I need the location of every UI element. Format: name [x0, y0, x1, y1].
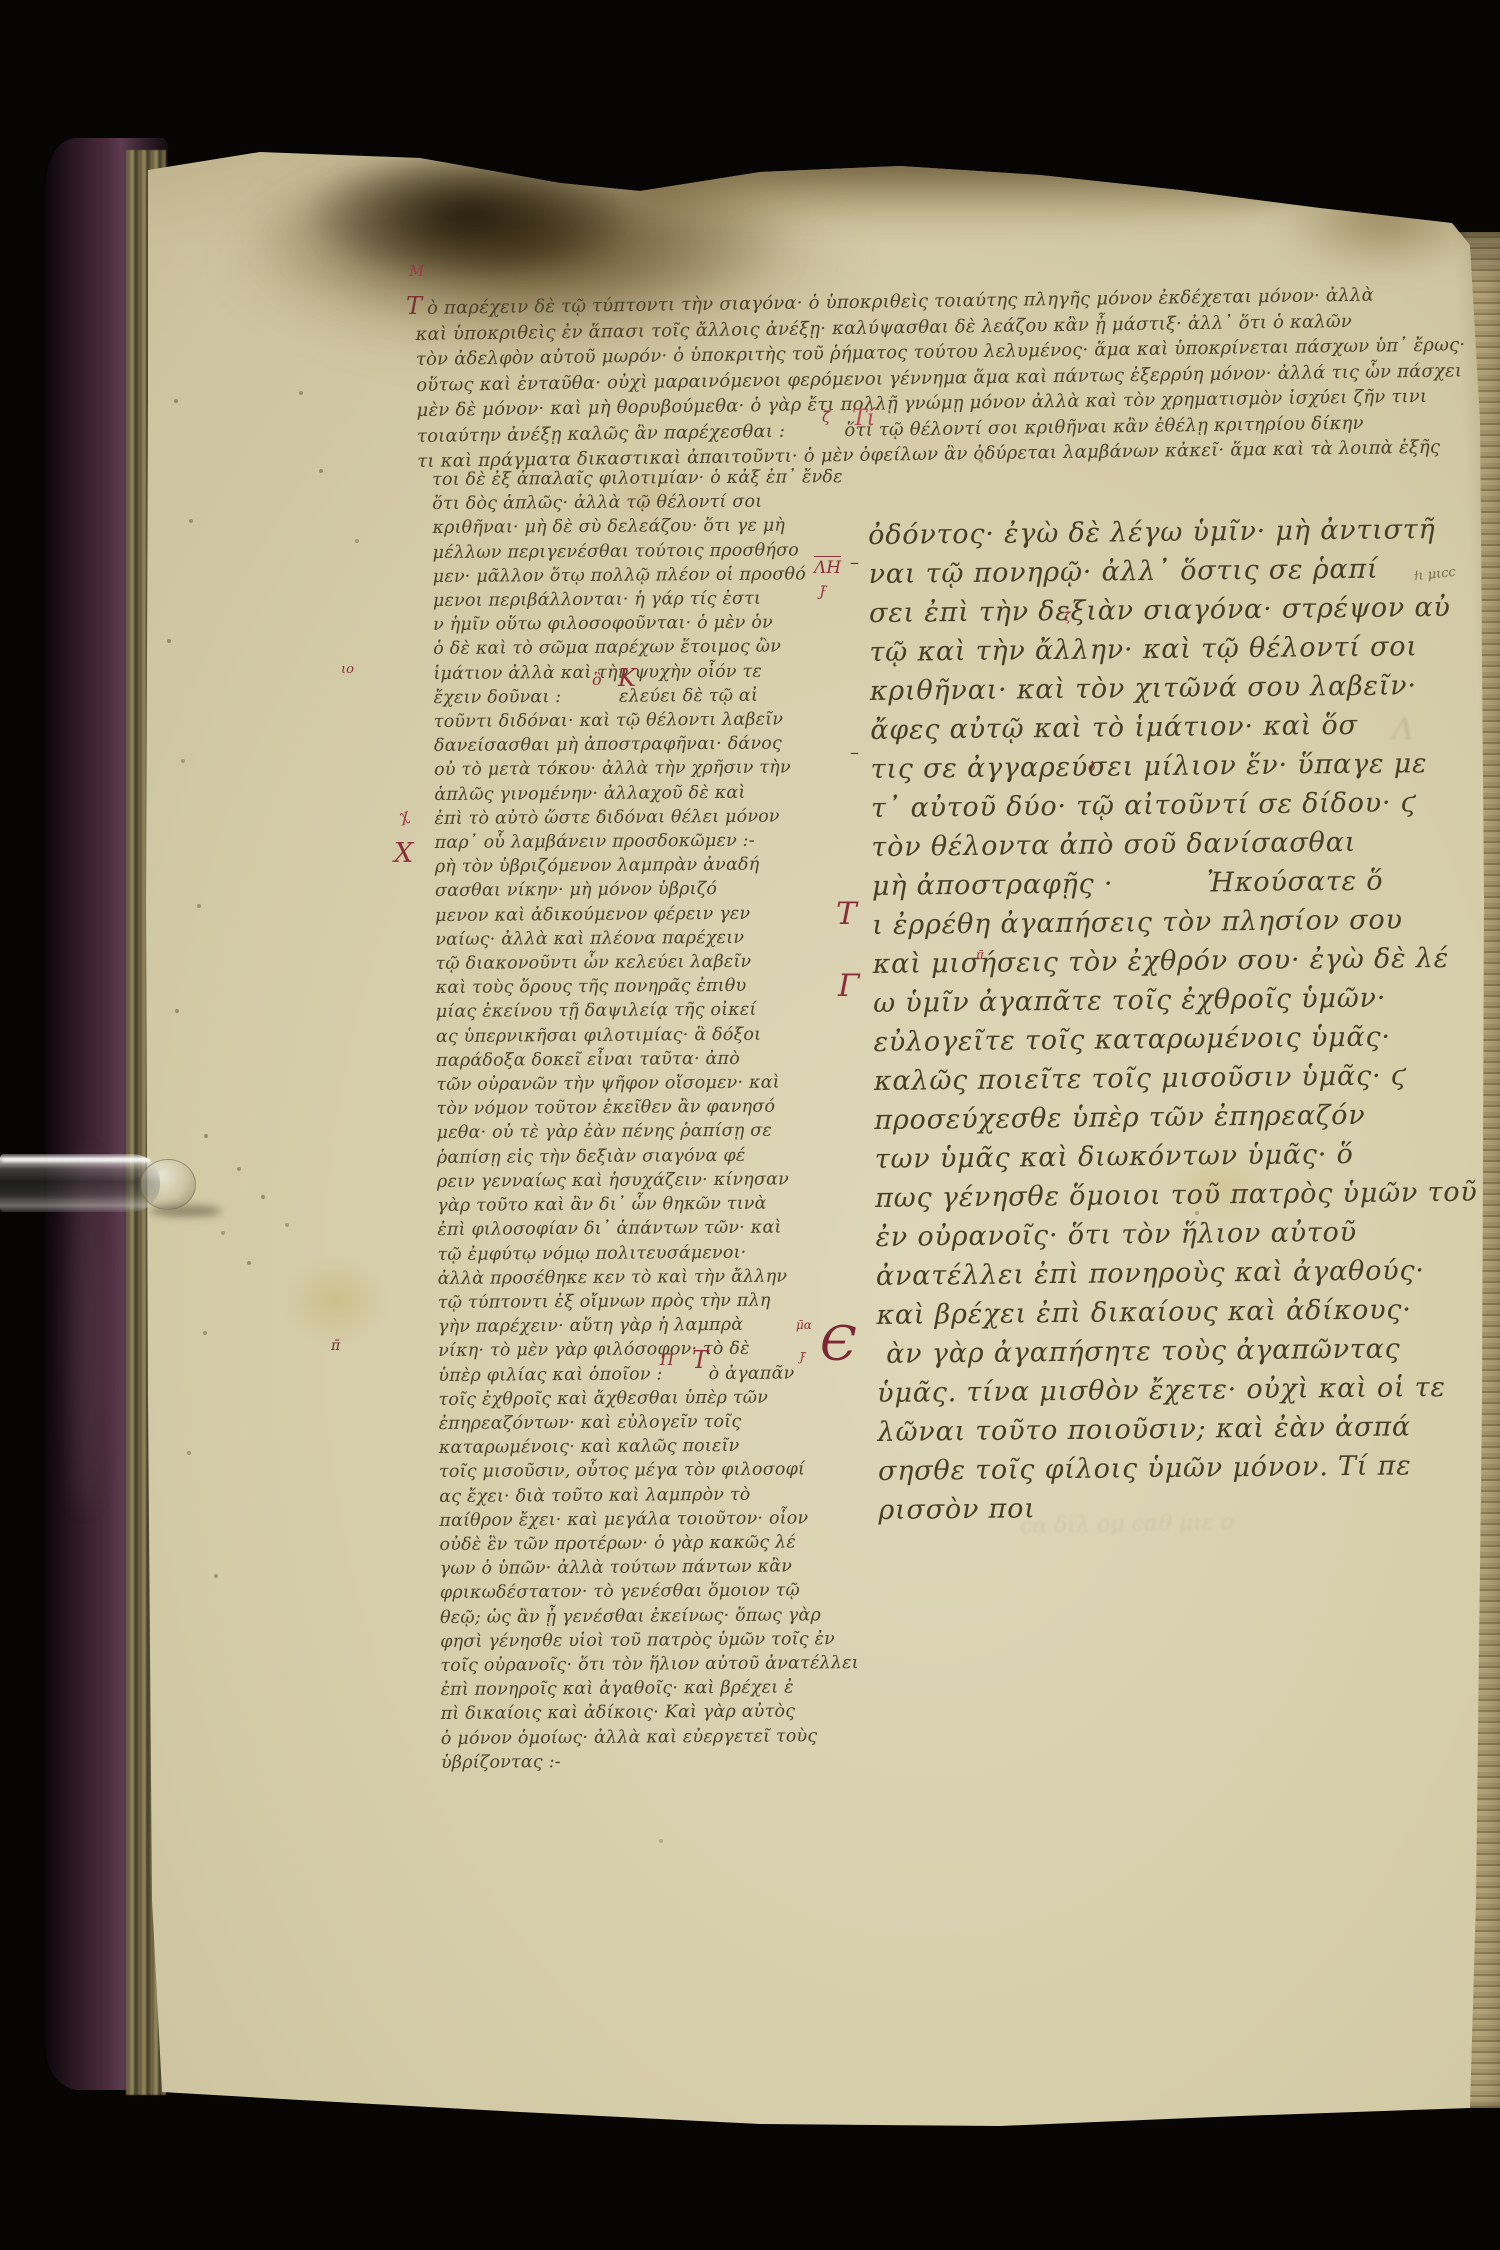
kefalaion-number-38: ΛΗ	[814, 556, 841, 578]
manuscript-line: παρ᾽ οὗ λαμβάνειν προσδοκῶμεν :-	[435, 828, 855, 855]
parchment-stain	[288, 1258, 383, 1343]
manuscript-line: οὐδὲ ἓν τῶν προτέρων· ὁ γὰρ κακῶς λέ	[439, 1530, 859, 1557]
manuscript-line: ὁ μόνον ὁμοίως· ἀλλὰ καὶ εὐεργετεῖ τοὺς	[441, 1724, 861, 1751]
section-number-zeta: ζ̄	[822, 408, 830, 426]
manuscript-line: τὸν θέλοντα ἀπὸ σοῦ δανίσασθαι	[871, 822, 1471, 867]
manuscript-line: ἁπλῶς γινομένην· ἀλλαχοῦ δὲ καὶ	[434, 780, 854, 807]
manuscript-line: πὶ δικαίοις καὶ ἀδίκοις· Καὶ γὰρ αὐτὸς	[441, 1699, 861, 1726]
manuscript-line: εὐλογεῖτε τοῖς καταρωμένοις ὑμᾶς·	[873, 1017, 1473, 1062]
rubric-initial-chi: Χ	[394, 838, 413, 869]
manuscript-line: ὅτι δὸς ἁπλῶς· ἀλλὰ τῷ θέλοντί σοι	[432, 489, 852, 516]
ink-speckles	[0, 0, 2, 2]
manuscript-photograph: ὸ παρέχειν δὲ τῷ τύπτοντι τὴν σιαγόνα· ὁ…	[0, 0, 1500, 2250]
manuscript-line: φρικωδέστατον· τὸ γενέσθαι ὅμοιον τῷ	[440, 1578, 860, 1605]
manuscript-line: ἄφες αὐτῷ καὶ τὸ ἱμάτιον· καὶ ὅσ	[870, 705, 1470, 750]
burn-stain-top-band	[630, 148, 1310, 228]
small-section-pi: π̄	[976, 948, 984, 962]
manuscript-line: καὶ μισήσεις τὸν ἐχθρόν σου· ἐγὼ δὲ λέ	[872, 939, 1472, 984]
section-number-pi: Π̄	[660, 1350, 674, 1369]
margin-squiggle-mark: χ	[396, 805, 412, 826]
quire-mark-rubric: Μ̄	[409, 262, 424, 280]
manuscript-line: μεθα· οὐ τὲ γὰρ ἐὰν πένης ῥαπίσῃ σε	[437, 1119, 857, 1146]
manuscript-page: ὸ παρέχειν δὲ τῷ τύπτοντι τὴν σιαγόνα· ὁ…	[0, 0, 1500, 2250]
manuscript-line: τ᾽ αὐτοῦ δύο· τῷ αἰτοῦντί σε δίδου· ϛ	[871, 783, 1471, 828]
rubric-initial-kappa: Κ	[618, 664, 636, 692]
manuscript-line: ω ὑμῖν ἀγαπᾶτε τοῖς ἐχθροῖς ὑμῶν·	[873, 978, 1473, 1023]
rubric-initial-tau-right: Τ	[836, 896, 857, 932]
manuscript-line: τοι δὲ ἐξ ἁπαλαῖς φιλοτιμίαν· ὁ κἀξ ἐπ᾽ …	[432, 465, 852, 492]
gospel-text-column: ὀδόντος· ἐγὼ δὲ λέγω ὑμῖν· μὴ ἀντιστῆναι…	[868, 510, 1479, 1530]
manuscript-line: ναίως· ἀλλὰ καὶ πλέονα παρέχειν	[435, 925, 855, 952]
manuscript-line: λῶναι τοῦτο ποιοῦσιν; καὶ ἐὰν ἀσπά	[877, 1407, 1477, 1452]
margin-mark-io: ιο	[341, 662, 354, 677]
manuscript-line: ἐπὶ πονηροῖς καὶ ἀγαθοῖς· καὶ βρέχει ἐ	[440, 1675, 860, 1702]
manuscript-line: ἀνατέλλει ἐπὶ πονηροὺς καὶ ἀγαθούς·	[876, 1251, 1476, 1296]
manuscript-line: νίκη· τὸ μὲν γὰρ φιλόσοφον· τὸ δὲ	[438, 1336, 858, 1363]
manuscript-line: καὶ βρέχει ἐπὶ δικαίους καὶ ἀδίκους·	[876, 1290, 1476, 1335]
manuscript-line: γὰρ τοῦτο καὶ ἂν δι᾽ ὧν θηκῶν τινὰ	[437, 1191, 857, 1218]
glass-rod-tip	[140, 1159, 196, 1210]
manuscript-line: ρὴ τὸν ὑβριζόμενον λαμπρὰν ἀναδή	[435, 852, 855, 879]
manuscript-line: δανείσασθαι μὴ ἀποστραφῆναι· δάνος	[434, 731, 854, 758]
small-section-omicron: ὁ̄	[1088, 760, 1095, 774]
small-section-zeta: ζ̄	[1064, 610, 1071, 624]
manuscript-line: παίθρον ἔχει· καὶ μεγάλα τοιοῦτον· οἷον	[439, 1506, 859, 1533]
manuscript-line: ν ἡμῖν οὕτω φιλοσοφοῦνται· ὁ μὲν ὁν	[433, 610, 853, 637]
manuscript-line: ας ἔχει· διὰ τοῦτο καὶ λαμπρὸν τὸ	[439, 1482, 859, 1509]
manuscript-line: ῥαπίσῃ εἰς τὴν δεξιὰν σιαγόνα φέ	[437, 1143, 857, 1170]
section-number-omicron: ὃ	[592, 670, 602, 689]
manuscript-line: ἐν οὐρανοῖς· ὅτι τὸν ἥλιον αὐτοῦ	[875, 1212, 1475, 1257]
manuscript-line: μέλλων περιγενέσθαι τούτοις προσθήσο	[433, 538, 853, 565]
manuscript-line: ι ἐρρέθη ἀγαπήσεις τὸν πλησίον σου	[872, 900, 1472, 945]
glass-page-weight-rod	[0, 1154, 160, 1212]
manuscript-line: προσεύχεσθε ὑπὲρ τῶν ἐπηρεαζόν	[874, 1095, 1474, 1140]
manuscript-line: τὸν νόμον τοῦτον ἐκεῖθεν ἂν φανησό	[436, 1094, 856, 1121]
manuscript-line: τοῖς μισοῦσιν, οὗτος μέγα τὸν φιλοσοφί	[439, 1457, 859, 1484]
manuscript-line: τοῖς ἐχθροῖς καὶ ἄχθεσθαι ὑπὲρ τῶν	[438, 1385, 858, 1412]
manuscript-line: ἐπὶ φιλοσοφίαν δι᾽ ἁπάντων τῶν· καὶ	[437, 1215, 857, 1242]
eusebian-canon-mark: ϝ̄	[800, 1350, 806, 1364]
manuscript-line: ἱμάτιον ἀλλὰ καὶ τὴν ψυχὴν οἷόν τε	[433, 659, 853, 686]
manuscript-line: κριθῆναι· καὶ τὸν χιτῶνά σου λαβεῖν·	[870, 666, 1470, 711]
manuscript-line: ἀλλὰ προσέθηκε κεν τὸ καὶ τὴν ἄλλην	[438, 1264, 858, 1291]
manuscript-line: των ὑμᾶς καὶ διωκόντων ὑμᾶς· ὅ	[875, 1134, 1475, 1179]
manuscript-line: καταρωμένοις· καὶ καλῶς ποιεῖν	[439, 1433, 859, 1460]
rubric-initial-tau-mid: Τ	[692, 1346, 708, 1374]
manuscript-line: μίας ἐκείνου τῇ δαψιλείᾳ τῆς οἰκεί	[436, 998, 856, 1025]
eusebian-canon-mark: ϝ̄	[820, 584, 826, 600]
top-text-block: ὸ παρέχειν δὲ τῷ τύπτοντι τὴν σιαγόνα· ὁ…	[415, 282, 1447, 475]
manuscript-line: τῷ τύπτοντι ἐξ οἴμνων πρὸς τὴν πλη	[438, 1288, 858, 1315]
manuscript-line: θεῷ; ὡς ἂν ᾖ γενέσθαι ἐκείνως· ὅπως γὰρ	[440, 1603, 860, 1630]
manuscript-line: μενοι περιβάλλονται· ἡ γάρ τίς ἐστι	[433, 586, 853, 613]
paragraph-dash: –	[850, 552, 859, 573]
manuscript-line: ὑπὲρ φιλίας καὶ ὁποῖον : ὸ ἀγαπᾶν	[438, 1361, 858, 1388]
manuscript-line: κριθῆναι· μὴ δὲ σὺ δελεάζου· ὅτι γε μὴ	[432, 513, 852, 540]
manuscript-line: τοῦντι διδόναι· καὶ τῷ θέλοντι λαβεῖν	[434, 707, 854, 734]
showthrough-letter: Λ	[1392, 712, 1414, 747]
commentary-column: τοι δὲ ἐξ ἁπαλαῖς φιλοτιμίαν· ὁ κἀξ ἐπ᾽ …	[432, 465, 861, 1775]
glass-rod-highlight	[2, 1158, 150, 1162]
manuscript-line: φησὶ γένησθε υἱοὶ τοῦ πατρὸς ὑμῶν τοῖς ἐ…	[440, 1627, 860, 1654]
manuscript-line: οὐ τὸ μετὰ τόκου· ἀλλὰ τὴν χρῆσιν τὴν	[434, 755, 854, 782]
manuscript-line: τις σε ἀγγαρεύσει μίλιον ἕν· ὕπαγε με	[870, 744, 1470, 789]
rubric-initial-gamma: Γ	[838, 968, 860, 1004]
manuscript-line: ὁ δὲ καὶ τὸ σῶμα παρέχων ἕτοιμος ὢν	[433, 634, 853, 661]
manuscript-line: καλῶς ποιεῖτε τοῖς μισοῦσιν ὑμᾶς· ϛ	[874, 1056, 1474, 1101]
manuscript-line: ἐπὶ τὸ αὐτὸ ὥστε διδόναι θέλει μόνον	[434, 804, 854, 831]
paragraph-dash: –	[850, 742, 859, 763]
manuscript-line: τοῖς οὐρανοῖς· ὅτι τὸν ἥλιον αὐτοῦ ἀνατέ…	[440, 1651, 860, 1678]
manuscript-line: σησθε τοῖς φίλοις ὑμῶν μόνον. Τί πε	[878, 1446, 1478, 1491]
manuscript-line: σει ἐπὶ τὴν δεξιὰν σιαγόνα· στρέψον αὐ	[869, 588, 1469, 633]
margin-mark-pi: π̄	[331, 1338, 340, 1354]
manuscript-line: μενον καὶ ἀδικούμενον φέρειν γεν	[435, 901, 855, 928]
manuscript-line: μὴ ἀποστραφῇς · Ἠκούσατε ὅ	[872, 861, 1472, 906]
manuscript-line: τῷ καὶ τὴν ἄλλην· καὶ τῷ θέλοντί σοι	[869, 627, 1469, 672]
manuscript-line: ἐπηρεαζόντων· καὶ εὐλογεῖν τοῖς	[439, 1409, 859, 1436]
manuscript-line: τῶν οὐρανῶν τὴν ψῆφον οἴσομεν· καὶ	[436, 1070, 856, 1097]
manuscript-line: ὰν γὰρ ἀγαπήσητε τοὺς ἀγαπῶντας	[877, 1329, 1477, 1374]
manuscript-line: τῷ ἐμφύτῳ νόμῳ πολιτευσάμενοι·	[437, 1240, 857, 1267]
manuscript-line: καὶ τοὺς ὅρους τῆς πονηρᾶς ἐπιθυ	[436, 973, 856, 1000]
rubric-initial-ti: Τί	[852, 406, 875, 431]
manuscript-line: ὑβρίζοντας :-	[441, 1748, 861, 1775]
burn-stain-corner	[1280, 160, 1490, 275]
manuscript-line: πως γένησθε ὅμοιοι τοῦ πατρὸς ὑμῶν τοῦ	[875, 1173, 1475, 1218]
burn-stain-core	[305, 148, 635, 283]
manuscript-line: μεν· μᾶλλον ὅτῳ πολλῷ πλέον οἱ προσθό	[433, 562, 853, 589]
showthrough-text-line: ϲα διλ ομ ϲαθ μιε ο	[1020, 1510, 1234, 1539]
manuscript-line: ὑμᾶς. τίνα μισθὸν ἔχετε· οὐχὶ καὶ οἱ τε	[877, 1368, 1477, 1413]
manuscript-line: ρειν γενναίως καὶ ἡσυχάζειν· κίνησαν	[437, 1167, 857, 1194]
manuscript-line: ναι τῷ πονηρῷ· ἀλλ᾽ ὅστις σε ῥαπί	[868, 549, 1468, 594]
ammonian-section-ma: μ̄α	[796, 1318, 812, 1332]
manuscript-line: ὀδόντος· ἐγὼ δὲ λέγω ὑμῖν· μὴ ἀντιστῆ	[868, 510, 1468, 555]
manuscript-line: τῷ διακονοῦντι ὧν κελεύει λαβεῖν	[435, 949, 855, 976]
manuscript-line: ας ὑπερνικῆσαι φιλοτιμίας· ἃ δόξοι	[436, 1022, 856, 1049]
manuscript-line: ἔχειν δοῦναι : ελεύει δὲ τῷ αἰ	[434, 683, 854, 710]
rubric-initial-tau-top: Τ	[406, 292, 422, 320]
rubric-initial-epsilon: Є	[820, 1316, 857, 1372]
manuscript-line: παράδοξα δοκεῖ εἶναι ταῦτα· ἀπὸ	[436, 1046, 856, 1073]
manuscript-line: σασθαι νίκην· μὴ μόνον ὑβριζό	[435, 877, 855, 904]
manuscript-line: γων ὁ ὑπῶν· ἀλλὰ τούτων πάντων κἂν	[440, 1554, 860, 1581]
